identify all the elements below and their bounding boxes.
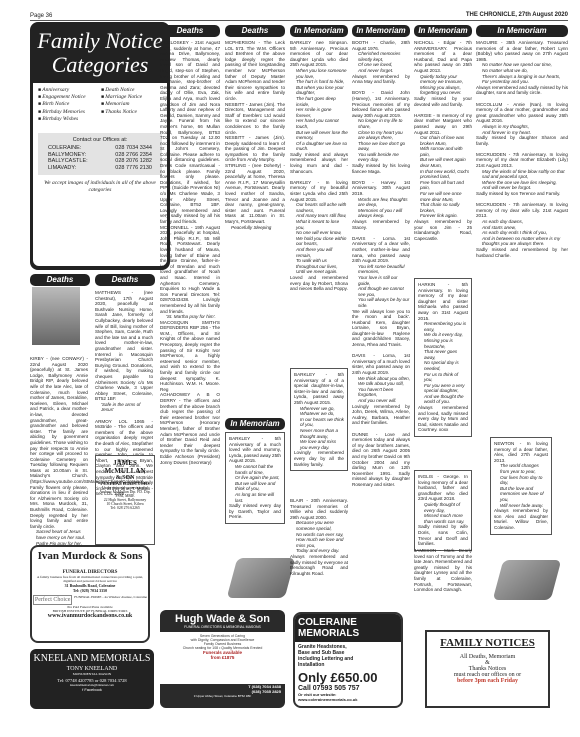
- notice-mcpherson: MCPHERSON - The Leck LOL 573. The W.M. O…: [225, 40, 285, 230]
- categories-panel: Family NoticeCategories Anniversary Enga…: [30, 22, 170, 270]
- publication-title: THE CHRONICLE, 27th August 2020: [466, 12, 568, 18]
- category-item: Engagement Notice: [38, 94, 99, 101]
- notice-harkin: HARKIN - 5th Anniversary. In loving memo…: [414, 278, 472, 437]
- notice-nicholl: NICHOLL - Edgar - 7th ANNIVERSARY. Preci…: [414, 40, 472, 241]
- ad-kneeland: KNEELAND MEMORIALS TONY KNEELAND MONUMEN…: [30, 649, 154, 709]
- ad-coleraine-memorials: COLERAINE MEMORIALS Granite Headstones, …: [293, 612, 403, 708]
- category-item: Thanks Notice: [101, 109, 162, 116]
- notice-kirby: KIRBY - (nee CONWAY) - 22nd August 2020 …: [30, 356, 88, 546]
- contact-title: Contact our Offices at:: [44, 137, 156, 143]
- notice-mccloskey: MCCLOSKEY - 21st August 2020, suddenly a…: [160, 40, 220, 465]
- notice-newton: NEWTON - In loving memory of a dear fath…: [490, 437, 552, 535]
- notice-inglis: INGLIS - George. In loving memory of a d…: [414, 470, 472, 551]
- coleraine-website[interactable]: www.colerainememorials.co.uk: [295, 697, 401, 702]
- category-list: Anniversary Engagement Notice Birth Noti…: [38, 87, 162, 123]
- page-number: Page 36: [30, 13, 52, 19]
- section-deaths: Deaths: [30, 274, 90, 286]
- bible-icon-2: [493, 560, 562, 600]
- category-item: Death Notice: [101, 87, 162, 94]
- notice-blair: BLAIR - 20th Anniversary. Treasured memo…: [290, 498, 348, 576]
- section-memoriam-3: In Memoriam: [352, 25, 410, 37]
- page-header: Page 36 THE CHRONICLE, 27th August 2020: [30, 12, 568, 21]
- category-item: Birthday Memories: [38, 109, 99, 116]
- notice-barkley1: BARKLEY nee Simpson. 5th Anniversary. Pr…: [290, 40, 348, 292]
- bible-icon: [227, 558, 296, 598]
- notice-booth: BOOTH - Charlie, 28th August 1976. Cheri…: [352, 40, 410, 488]
- category-item: Birthday Wishes: [38, 116, 99, 123]
- deceased-photo: [32, 287, 80, 345]
- notice-barkley4: BARKLEY - 5th Anniversary of a of a spec…: [290, 368, 348, 471]
- murdock-website[interactable]: www.ivanmurdockandsons.co.uk: [32, 613, 148, 619]
- category-item: Birth Notice: [38, 101, 99, 108]
- accept-note: We accept images of individuals in all o…: [38, 180, 162, 194]
- category-item: Anniversary: [38, 87, 99, 94]
- section-memoriam: In Memoriam: [225, 418, 285, 430]
- section-memoriam-2: In Memoriam: [290, 25, 348, 37]
- category-item: Memoriam: [101, 101, 162, 108]
- section-deaths-2: Deaths: [95, 274, 155, 286]
- office-row: LIMAVADY:028 7776 2130: [44, 165, 156, 172]
- ad-mcmullan: JAMES McMULLAN & SON FUNERAL DIRECTORS U…: [95, 455, 155, 545]
- section-memoriam-4: In Memoriam: [414, 25, 472, 37]
- notice-maguire: MAGUIRE - 35th Anniversary. Treasured me…: [476, 40, 568, 258]
- perfect-choice-logo: Perfect Choice: [33, 595, 72, 605]
- categories-title: Family NoticeCategories: [33, 29, 167, 77]
- section-deaths-4: Deaths: [225, 25, 285, 37]
- contact-box: Contact our Offices at: COLERAINE:028 70…: [38, 133, 162, 175]
- notice-barkley3: BARKLEY - 5th Anniversary of a much love…: [225, 432, 285, 524]
- facebook-link[interactable]: f Facebook: [30, 687, 154, 692]
- section-memoriam-5: In Memoriam: [476, 25, 568, 37]
- ad-ivan-murdock: Ivan Murdock & Sons FUNERAL DIRECTORS A …: [30, 545, 150, 643]
- category-item: Marriage Notice: [101, 94, 162, 101]
- section-deaths-3: Deaths: [160, 25, 220, 37]
- notice-jameson: JAMESON - Mark. Dearly loved son of Tomm…: [414, 548, 472, 593]
- ad-hugh-wade: Hugh Wade & Son FUNERAL DIRECTORS & MEMO…: [160, 610, 285, 708]
- ad-family-notices: FAMILY NOTICES All Deaths, Memoriam & Th…: [425, 630, 550, 708]
